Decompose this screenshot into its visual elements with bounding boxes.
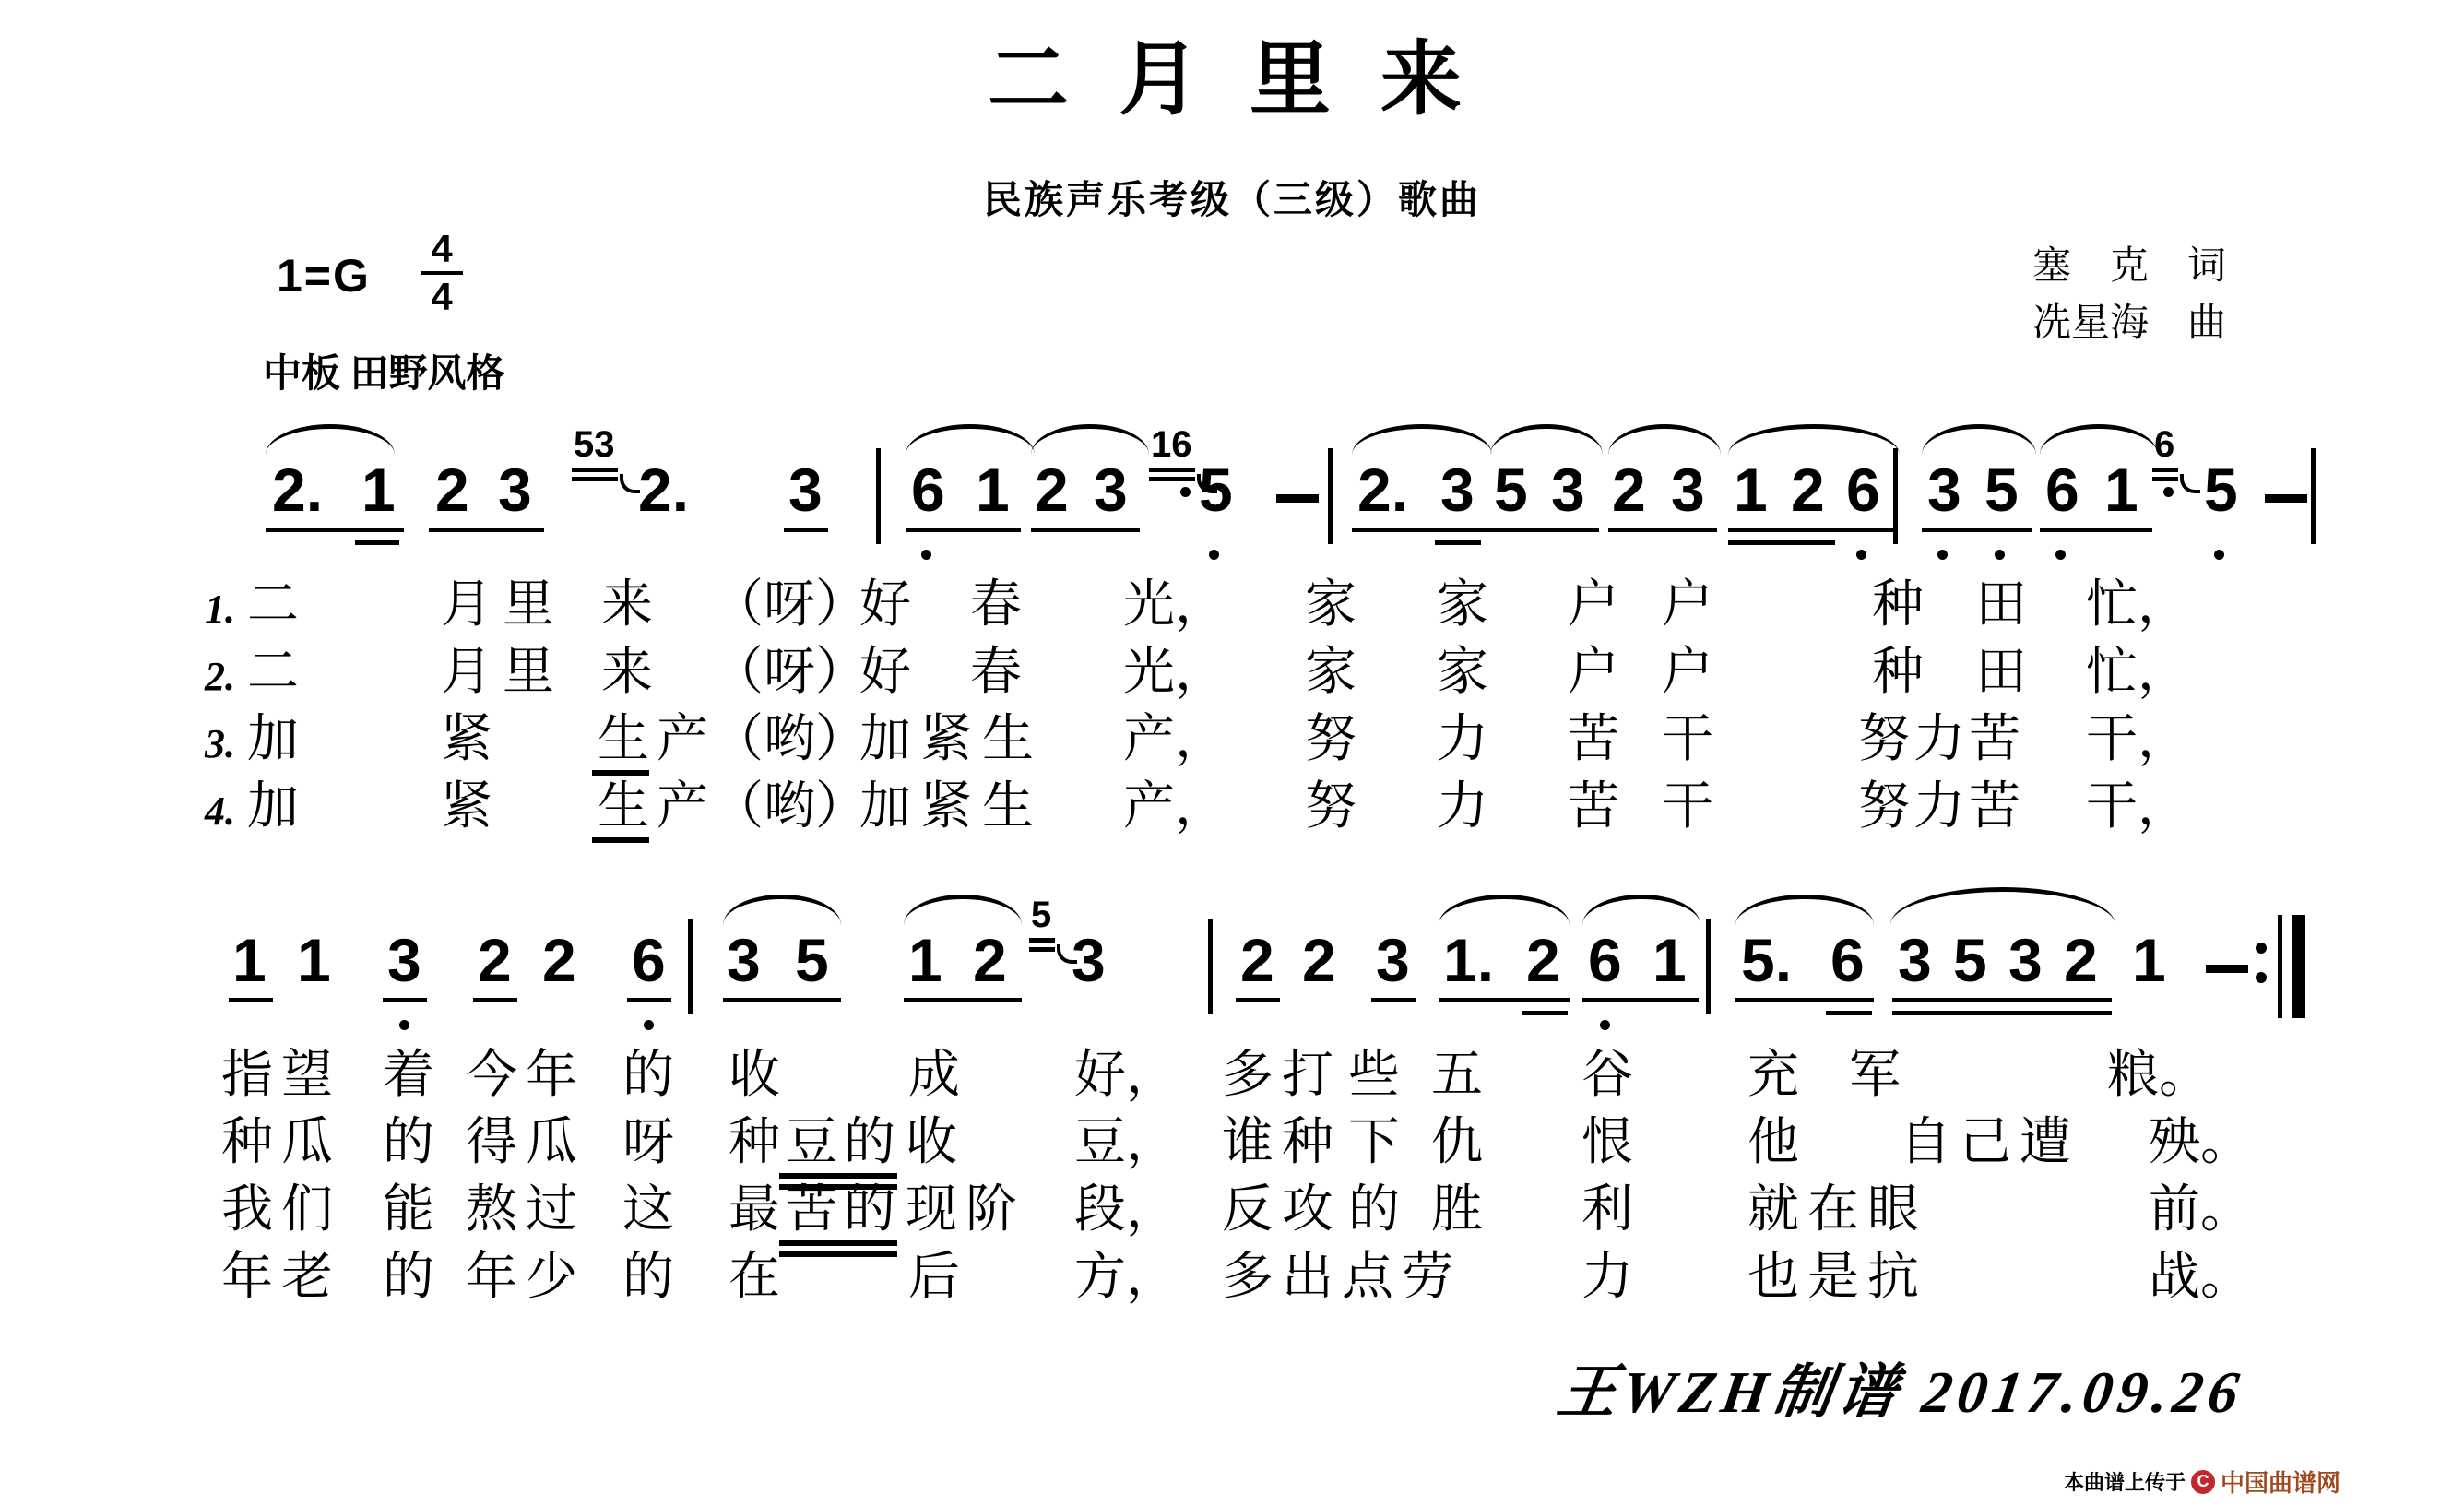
barline	[688, 919, 693, 1014]
note: 3	[1551, 459, 1585, 520]
lyric-syllable: 阶	[965, 1181, 1017, 1239]
duration-dash	[1276, 494, 1319, 503]
lyric-syllable: 谁	[1222, 1114, 1273, 1171]
octave-dot	[399, 1020, 409, 1030]
beam-underline	[1490, 528, 1599, 532]
lyric-syllable: 力	[1913, 778, 1965, 836]
lyric-syllable: 收	[729, 1047, 780, 1104]
lyric-syllable: 家	[1305, 644, 1356, 701]
note: 2	[1791, 459, 1825, 520]
lyric-syllable: 产，	[1123, 778, 1226, 836]
beam-underline	[229, 998, 273, 1002]
lyric-syllable: 己	[1960, 1114, 2011, 1171]
note: 1	[2132, 930, 2166, 990]
lyric-syllable: 点	[1342, 1249, 1393, 1306]
lyric-underline	[592, 837, 649, 843]
lyric-syllable: 恨	[1581, 1114, 1633, 1171]
note: 2	[1240, 930, 1274, 990]
beam-underline	[1031, 528, 1140, 532]
note: 5.	[1741, 930, 1792, 990]
note: 3	[1094, 459, 1128, 520]
grace-beam	[572, 468, 618, 472]
lyric-syllable: 家	[1437, 644, 1488, 701]
note: 2	[2064, 930, 2098, 990]
octave-dot	[2055, 550, 2066, 560]
note: 1.	[1443, 930, 1494, 990]
slur-arc	[723, 895, 841, 925]
lyric-syllable: 产，	[1123, 711, 1226, 768]
grace-note: 6	[2154, 426, 2174, 463]
lyric-syllable: 苦	[1568, 778, 1619, 836]
lyric-syllable: 年	[466, 1249, 517, 1306]
lyric-syllable: 豆	[786, 1114, 837, 1171]
slur-arc	[1582, 895, 1700, 925]
lyric-syllable: 生	[598, 778, 649, 836]
lyric-syllable: 是	[1807, 1249, 1859, 1306]
lyric-syllable: 谷	[1581, 1047, 1633, 1104]
lyric-syllable: 我	[221, 1181, 273, 1239]
lyric-syllable: 二	[247, 644, 299, 701]
beam-underline	[723, 998, 841, 1002]
verse-number: 3.	[205, 717, 235, 772]
lyric-syllable: 后	[908, 1249, 960, 1306]
transcriber-credit: 王WZH制谱 2017.09.26	[1553, 1345, 2251, 1429]
slur-arc	[1352, 424, 1492, 455]
lyric-syllable: 二	[247, 576, 299, 634]
lyric-syllable: 忙，	[2086, 576, 2189, 634]
lyric-double-underline	[779, 1173, 897, 1179]
note: 6	[911, 459, 945, 520]
note: 1	[1734, 459, 1768, 520]
lyric-syllable: 苦	[1969, 711, 2020, 768]
slur-arc	[1439, 895, 1570, 925]
lyric-syllable: 遭	[2020, 1114, 2071, 1171]
note: 3	[1671, 459, 1705, 520]
lyric-syllable: 紧	[441, 711, 492, 768]
lyric-syllable: 过	[526, 1181, 577, 1239]
lyric-syllable: 自	[1900, 1114, 1951, 1171]
lyric-syllable: 成	[908, 1047, 960, 1104]
lyric-syllable: （哟）	[712, 778, 867, 836]
lyric-syllable: 多	[1222, 1249, 1273, 1306]
beam-underline	[1371, 998, 1416, 1002]
lyrics-verses-1-4: 1.二月里来（呀）好春光，家家户户种田忙，2.二月里来（呀）好春光，家家户户种田…	[0, 576, 2464, 864]
beam-underline	[473, 998, 517, 1002]
lyric-underline	[592, 770, 649, 776]
note: 6	[632, 930, 666, 990]
grace-beam	[572, 477, 618, 481]
slur-arc	[1735, 895, 1874, 925]
note: 3	[2008, 930, 2043, 990]
lyric-syllable: 户	[1568, 576, 1619, 634]
note: 3	[727, 930, 761, 990]
grace-beam	[1029, 938, 1055, 943]
lyric-syllable: 打	[1282, 1047, 1333, 1104]
slur-arc	[1922, 424, 2036, 455]
note: 2	[973, 930, 1007, 990]
note: 1	[297, 930, 331, 990]
grace-beam	[1029, 947, 1055, 952]
note: 3	[1440, 459, 1475, 520]
grace-beam	[1149, 477, 1195, 481]
lyric-syllable: 干	[1662, 711, 1713, 768]
grace-note: 53	[574, 426, 615, 463]
lyric-syllable: 攻	[1282, 1181, 1333, 1239]
slur-arc	[1490, 424, 1603, 455]
lyric-syllable: 前。	[2149, 1181, 2252, 1239]
lyric-syllable: 的	[844, 1114, 895, 1171]
lyric-syllable: 望	[281, 1047, 333, 1104]
note: 5	[2204, 459, 2238, 520]
lyric-syllable: 里	[503, 576, 554, 634]
lyric-syllable: 力	[1437, 711, 1488, 768]
site-watermark: 本曲谱上传于 C 中国曲谱网	[2064, 1464, 2340, 1499]
grace-slur-hook	[620, 474, 640, 493]
lyric-syllable: 的	[622, 1249, 674, 1306]
lyric-syllable: 的	[1348, 1181, 1400, 1239]
repeat-dot	[2256, 943, 2267, 954]
lyric-syllable: 产	[657, 711, 708, 768]
grace-slur-hook	[1057, 944, 1077, 964]
note: 5	[1984, 459, 2019, 520]
lyric-syllable: 户	[1662, 576, 1713, 634]
lyric-syllable: 就	[1747, 1181, 1799, 1239]
note: 2	[478, 930, 512, 990]
note: 6	[1846, 459, 1880, 520]
lyric-syllable: 着	[383, 1047, 434, 1104]
note: 2	[542, 930, 576, 990]
lyric-syllable: 春	[970, 576, 1022, 634]
lyric-syllable: 户	[1568, 644, 1619, 701]
beam-underline	[2040, 528, 2152, 532]
lyric-syllable: 豆，	[1074, 1114, 1178, 1171]
lyric-syllable: 种	[1282, 1114, 1333, 1171]
lyric-syllable: 好，	[1074, 1047, 1178, 1104]
lyric-syllable: 种	[1872, 576, 1924, 634]
note: 3	[1376, 930, 1410, 990]
lyric-syllable: 力	[1913, 711, 1965, 768]
lyric-syllable: 充	[1747, 1047, 1799, 1104]
lyrics-verses-5-8: 指望着今年的收成好，多打些五谷充军粮。种瓜的得瓜呀种豆的收豆，谁种下仇恨他自己遭…	[0, 1047, 2464, 1334]
lyric-syllable: 干，	[2086, 778, 2189, 836]
note: 2.	[272, 459, 323, 520]
time-signature: 4 4	[421, 229, 463, 317]
slur-arc	[1608, 424, 1721, 455]
note: 5	[795, 930, 829, 990]
site-logo-icon: C	[2191, 1470, 2215, 1494]
beam-underline	[906, 528, 1021, 532]
grace-slur-hook	[2180, 474, 2200, 493]
note: 3	[498, 459, 532, 520]
octave-dot	[1180, 487, 1191, 497]
grace-beam	[2152, 468, 2178, 472]
beam-underline	[1352, 528, 1492, 532]
note: 1	[1653, 930, 1687, 990]
grace-beam	[1149, 468, 1195, 472]
octave-dot	[2214, 550, 2224, 560]
lyric-syllable: 光，	[1123, 644, 1226, 701]
lyric-syllable: 瓜	[281, 1114, 333, 1171]
octave-dot	[1600, 1020, 1610, 1030]
octave-dot	[921, 550, 931, 560]
note: 6	[1830, 930, 1865, 990]
lyric-syllable: 少	[526, 1249, 577, 1306]
lyric-syllable: 反	[1222, 1181, 1273, 1239]
lyric-syllable: 劳	[1402, 1249, 1453, 1306]
lyric-syllable: 的	[383, 1249, 434, 1306]
octave-dot	[1995, 550, 2005, 560]
lyric-syllable: 收	[906, 1114, 957, 1171]
lyric-syllable: 些	[1348, 1047, 1400, 1104]
lyric-syllable: 努	[1858, 711, 1910, 768]
lyric-syllable: 多	[1222, 1047, 1273, 1104]
beam-underline	[355, 540, 399, 545]
slur-arc	[906, 424, 1035, 455]
note: 6	[1588, 930, 1622, 990]
repeat-thin-barline	[2278, 915, 2282, 1018]
song-title: 二 月 里 来	[0, 15, 2464, 131]
lyric-double-underline	[779, 1251, 897, 1257]
lyric-syllable: （呀）	[712, 644, 867, 701]
lyric-syllable: 加	[859, 711, 911, 768]
lyric-syllable: 努	[1305, 711, 1356, 768]
lyric-syllable: 出	[1282, 1249, 1333, 1306]
octave-dot	[2163, 487, 2174, 497]
beam-underline	[1582, 998, 1699, 1002]
lyric-syllable: 他	[1747, 1114, 1799, 1171]
slur-arc	[266, 424, 395, 455]
lyric-syllable: 战。	[2149, 1249, 2252, 1306]
beam-underline	[266, 528, 404, 532]
beam-underline	[1439, 998, 1570, 1002]
beam-underline	[1236, 998, 1280, 1002]
lyric-syllable: 利	[1581, 1181, 1633, 1239]
lyric-syllable: 段，	[1074, 1181, 1178, 1239]
slur-arc	[2040, 424, 2158, 455]
lyric-syllable: 眼	[1867, 1181, 1919, 1239]
lyric-syllable: 指	[221, 1047, 273, 1104]
watermark-prefix: 本曲谱上传于	[2064, 1467, 2186, 1496]
time-signature-numerator: 4	[421, 229, 463, 269]
lyric-syllable: 也	[1747, 1249, 1799, 1306]
lyric-syllable: 努	[1858, 778, 1910, 836]
slur-arc	[904, 895, 1022, 925]
grace-beam	[2152, 477, 2178, 481]
sheet-music-page: 二 月 里 来 民族声乐考级（三级）歌曲 1=G 4 4 中板 田野风格 塞 克…	[0, 0, 2464, 1506]
beam-underline	[1728, 540, 1835, 545]
lyric-syllable: 的	[844, 1181, 895, 1239]
beam-underline	[383, 998, 427, 1002]
note: 5	[1494, 459, 1528, 520]
lyric-syllable: 生	[982, 711, 1034, 768]
octave-dot	[1209, 550, 1219, 560]
lyric-syllable: 今	[466, 1047, 517, 1104]
slur-arc	[1890, 887, 2115, 925]
note: 2	[1035, 459, 1069, 520]
lyric-syllable: 好	[859, 644, 911, 701]
lyric-syllable: 生	[982, 778, 1034, 836]
note: 2.	[638, 459, 689, 520]
lyric-syllable: 田	[1975, 644, 2027, 701]
verse-number: 2.	[205, 649, 235, 705]
beam-underline	[1522, 1011, 1568, 1015]
note: 1	[976, 459, 1010, 520]
lyric-syllable: 下	[1348, 1114, 1400, 1171]
music-line-2: 113226351232231.2615.6353215	[0, 895, 2464, 1061]
note: 3	[387, 930, 421, 990]
lyric-syllable: 家	[1437, 576, 1488, 634]
barline	[1893, 448, 1898, 544]
repeat-dot	[2256, 972, 2267, 983]
note: 1	[2104, 459, 2138, 520]
lyric-syllable: 抗	[1867, 1249, 1919, 1306]
octave-dot	[1856, 550, 1866, 560]
lyricist-credit: 塞 克 词	[2032, 238, 2226, 295]
lyric-double-underline	[779, 1240, 897, 1246]
lyric-syllable: 年	[221, 1249, 273, 1306]
lyric-syllable: 苦	[1568, 711, 1619, 768]
note: 5	[1953, 930, 1987, 990]
beam-underline	[429, 528, 544, 532]
lyric-syllable: 殃。	[2149, 1114, 2252, 1171]
lyric-syllable: 月	[441, 576, 492, 634]
music-line-1: 2.1232.3612352.353231263561553166	[0, 424, 2464, 590]
note: 1	[361, 459, 396, 520]
lyric-syllable: 的	[383, 1114, 434, 1171]
time-signature-denominator: 4	[421, 277, 463, 317]
lyric-syllable: 最	[729, 1181, 780, 1239]
lyric-syllable: 加	[859, 778, 911, 836]
lyric-syllable: 家	[1305, 576, 1356, 634]
octave-dot	[1937, 550, 1948, 560]
song-subtitle: 民族声乐考级（三级）歌曲	[0, 170, 2464, 225]
lyric-syllable: 在	[1807, 1181, 1859, 1239]
lyric-syllable: 苦	[786, 1181, 837, 1239]
lyric-syllable: 春	[970, 644, 1022, 701]
lyric-syllable: 来	[601, 576, 653, 634]
lyric-syllable: 熬	[466, 1181, 517, 1239]
barline	[2311, 448, 2316, 544]
lyric-syllable: 种	[729, 1114, 780, 1171]
grace-note: 5	[1031, 896, 1051, 933]
lyric-syllable: 们	[281, 1181, 333, 1239]
beam-underline	[1892, 1011, 2112, 1015]
lyric-syllable: 光，	[1123, 576, 1226, 634]
beam-underline	[627, 998, 671, 1002]
lyric-syllable: 干，	[2086, 711, 2189, 768]
grace-note: 16	[1151, 426, 1192, 463]
lyric-syllable: 努	[1305, 778, 1356, 836]
lyric-syllable: 五	[1431, 1047, 1483, 1104]
lyric-syllable: 加	[247, 778, 299, 836]
lyric-syllable: 生	[598, 711, 649, 768]
lyric-syllable: 呀	[622, 1114, 674, 1171]
lyric-syllable: 种	[1872, 644, 1924, 701]
beam-underline	[1608, 528, 1717, 532]
lyric-syllable: 胜	[1431, 1181, 1483, 1239]
note: 1	[908, 930, 942, 990]
watermark-site-name: 中国曲谱网	[2221, 1464, 2340, 1499]
tempo-marking: 中板 田野风格	[263, 343, 505, 398]
lyric-syllable: 粮。	[2107, 1047, 2210, 1104]
credits-block: 塞 克 词 冼星海 曲	[2032, 238, 2226, 352]
lyric-syllable: 这	[622, 1181, 674, 1239]
lyric-syllable: 加	[247, 711, 299, 768]
lyric-syllable: 力	[1581, 1249, 1633, 1306]
barline	[1328, 448, 1333, 544]
lyric-syllable: 干	[1662, 778, 1713, 836]
beam-underline	[1826, 1011, 1872, 1015]
slur-arc	[1031, 424, 1149, 455]
note: 2	[1302, 930, 1336, 990]
repeat-thick-barline	[2292, 915, 2305, 1018]
lyric-syllable: （呀）	[712, 576, 867, 634]
slur-arc	[1728, 424, 1900, 455]
barline	[1706, 919, 1711, 1014]
beam-underline	[904, 998, 1022, 1002]
beam-underline	[1735, 998, 1874, 1002]
lyric-syllable: 户	[1662, 644, 1713, 701]
lyric-syllable: 苦	[1969, 778, 2020, 836]
note: 3	[1898, 930, 1932, 990]
lyric-syllable: 忙，	[2086, 644, 2189, 701]
lyric-syllable: 紧	[920, 711, 972, 768]
lyric-syllable: 年	[526, 1047, 577, 1104]
lyric-syllable: 在	[729, 1249, 780, 1306]
lyric-syllable: 现	[906, 1181, 957, 1239]
lyric-syllable: 能	[383, 1181, 434, 1239]
note: 2	[435, 459, 469, 520]
note: 2	[1526, 930, 1560, 990]
key-signature: 1=G	[277, 249, 371, 302]
octave-dot	[644, 1020, 654, 1030]
lyric-syllable: 紧	[441, 778, 492, 836]
lyric-syllable: 来	[601, 644, 653, 701]
beam-underline	[1435, 540, 1481, 545]
beam-underline	[784, 528, 828, 532]
barline	[1208, 919, 1213, 1014]
lyric-syllable: 瓜	[526, 1114, 577, 1171]
verse-number: 1.	[205, 582, 235, 637]
note: 3	[1927, 459, 1961, 520]
lyric-syllable: 仇	[1431, 1114, 1483, 1171]
lyric-syllable: 产	[657, 778, 708, 836]
note: 2.	[1357, 459, 1408, 520]
lyric-syllable: 军	[1849, 1047, 1901, 1104]
note: 1	[232, 930, 267, 990]
composer-credit: 冼星海 曲	[2032, 295, 2226, 352]
beam-underline	[1892, 998, 2112, 1002]
note: 3	[788, 459, 823, 520]
verse-number: 4.	[205, 784, 235, 839]
beam-underline	[1922, 528, 2032, 532]
lyric-syllable: 月	[441, 644, 492, 701]
lyric-syllable: 得	[466, 1114, 517, 1171]
lyric-syllable: 力	[1437, 778, 1488, 836]
lyric-syllable: 紧	[920, 778, 972, 836]
note: 2	[1612, 459, 1646, 520]
lyric-syllable: 里	[503, 644, 554, 701]
lyric-syllable: 种	[221, 1114, 273, 1171]
beam-underline	[1728, 528, 1896, 532]
lyric-syllable: 的	[622, 1047, 674, 1104]
barline	[876, 448, 881, 544]
lyric-syllable: （哟）	[712, 711, 867, 768]
lyric-syllable: 方，	[1074, 1249, 1178, 1306]
note: 6	[2045, 459, 2079, 520]
duration-dash	[2265, 494, 2307, 503]
lyric-syllable: 田	[1975, 576, 2027, 634]
